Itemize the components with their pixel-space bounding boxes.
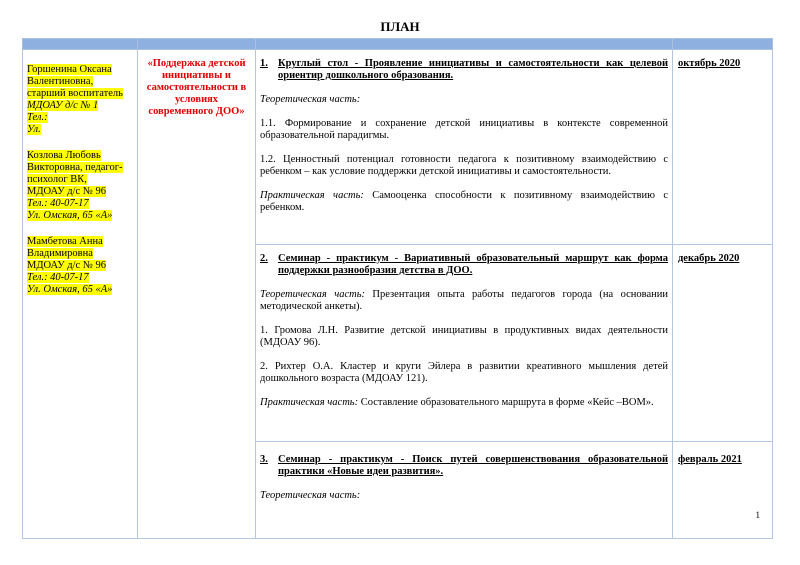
person-1: Козлова Любовь Викторовна, педагог-психо… xyxy=(27,150,134,222)
event-date: декабрь 2020 xyxy=(673,245,773,442)
responsible-persons-cell: Горшенина Оксана Валентиновна, старший в… xyxy=(23,50,138,539)
table-header-row xyxy=(23,39,773,50)
event-date: февраль 2021 xyxy=(673,442,773,539)
event-item: 1.2. Ценностный потенциал готовности пед… xyxy=(260,154,668,178)
event-title: 2.Семинар - практикум - Вариативный обра… xyxy=(260,253,668,277)
event-item: 2. Рихтер О.А. Кластер и круги Эйлера в … xyxy=(260,361,668,385)
page-number: 1 xyxy=(756,510,761,520)
event-cell-2: 2.Семинар - практикум - Вариативный обра… xyxy=(256,245,673,442)
event-cell-3: 3.Семинар - практикум - Поиск путей сове… xyxy=(256,442,673,539)
person-0: Горшенина Оксана Валентиновна, старший в… xyxy=(27,64,134,136)
event-item: 1. Громова Л.Н. Развитие детской инициат… xyxy=(260,325,668,349)
event-item: 1.1. Формирование и сохранение детской и… xyxy=(260,118,668,142)
person-2: Мамбетова Анна Владимировна МДОАУ д/с № … xyxy=(27,236,134,296)
table-row: Горшенина Оксана Валентиновна, старший в… xyxy=(23,50,773,245)
page-title: ПЛАН xyxy=(0,19,800,35)
event-date: октябрь 2020 xyxy=(673,50,773,245)
event-title: 1.Круглый стол - Проявление инициативы и… xyxy=(260,58,668,82)
event-cell-1: 1.Круглый стол - Проявление инициативы и… xyxy=(256,50,673,245)
event-title: 3.Семинар - практикум - Поиск путей сове… xyxy=(260,454,668,478)
plan-table: Горшенина Оксана Валентиновна, старший в… xyxy=(22,38,773,539)
topic-cell: «Поддержка детской инициативы и самостоя… xyxy=(138,50,256,539)
